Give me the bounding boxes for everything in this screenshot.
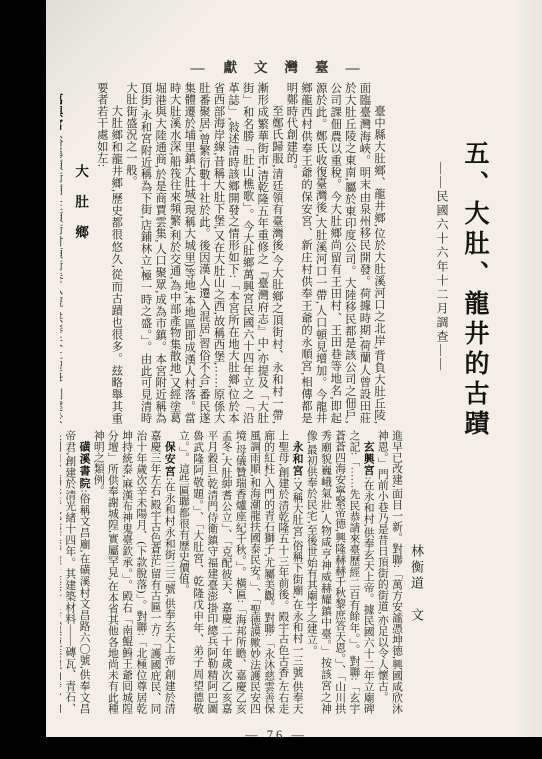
- temple-name-xuanxing: 玄興宮: [363, 441, 375, 476]
- author-illustrator-role: 圖: [404, 608, 405, 624]
- page-content: 臺中縣大肚鄉、龍井鄉,位於大肚溪河口之北岸,背負大肚丘陵,面臨臺灣海峽。明末由泉…: [60, 82, 492, 716]
- intro-paragraph-1: 臺中縣大肚鄉、龍井鄉,位於大肚溪河口之北岸,背負大肚丘陵,面臨臺灣海峽。明末由泉…: [284, 82, 386, 424]
- temple-entry-huangxi: 磺溪書院:俗稱文昌廟,在磺溪村文昌路六〇號,供奉文昌帝君,創建於清光緒十四年。其…: [60, 430, 92, 714]
- scan-background: { "colors": { "paper": "#f3efe8", "ink":…: [0, 0, 542, 759]
- temple-name-huangxi: 磺溪書院: [79, 441, 91, 489]
- intro-paragraph-2: 至鄭氏歸服,清廷領有臺灣後,今大肚鄉之頂街村、永和村一帶,漸形成繁華街市,清乾隆…: [123, 82, 284, 424]
- temple-name-wanxing: 萬興宮: [60, 93, 63, 131]
- section-heading-dadu: 大肚鄉: [73, 82, 88, 424]
- page-number: — 76 —: [60, 728, 492, 737]
- author-writer-name: 林衡道: [409, 544, 424, 592]
- temple-entry-wanxing: 萬興宮:俗稱頂街廟,在頂街村頂街巷八號,供奉天上聖母,創建於清乾隆元年。現存三落…: [60, 82, 64, 424]
- author-writer-role: 文: [409, 608, 424, 624]
- text-band-top: 臺中縣大肚鄉、龍井鄉,位於大肚溪河口之北岸,背負大肚丘陵,面臨臺灣海峽。明末由泉…: [60, 82, 386, 424]
- running-head: —臺灣文獻—: [60, 56, 492, 82]
- temple-entry-xuanxing: 玄興宮:在永和村,供奉玄天上帝。據民國六十二年立廟碑之記:「……先民恭請來臺歷經…: [305, 430, 376, 714]
- temple-entry-baoan: 保安宮:在永和村永和街三三號,供奉玄天上帝,創建於清嘉慶三年左右,殿宇古色蒼茫,…: [92, 430, 177, 714]
- author-illustrator: 高而恭 圖: [404, 544, 407, 716]
- temple-text-yonghe: :又稱大肚宮,俗稱下街廟,在永和村一三號,供奉天上聖母,創建於清乾隆五十三年前後…: [178, 430, 304, 714]
- scan-edge-bottom: [0, 737, 542, 759]
- text-band-bottom: 進早已改建,面目一新。對聯:「萬方安謐憑坤德,興國咸欣沐神恩。」門前小巷乃是昔日…: [60, 430, 404, 714]
- running-head-dash-left: —: [191, 61, 207, 76]
- author-credits: 林衡道 文 高而恭 圖: [404, 116, 426, 716]
- scan-edge-left: [0, 0, 46, 759]
- temple-entry-yonghe: 永和宮:又稱大肚宮,俗稱下街廟,在永和村一三號,供奉天上聖母,創建於清乾隆五十三…: [177, 430, 305, 714]
- temple-name-yonghe: 永和宮: [292, 441, 304, 477]
- title-strip: 五、大肚、龍井的古蹟 ——民國六十六年十二月調查—— 林衡道 文 高而恭 圖: [404, 82, 492, 716]
- temple-text-wanxing: :俗稱頂街廟,在頂街村頂街巷八號,供奉天上聖母,創建於清乾隆元年。現存三落起之殿…: [60, 82, 63, 424]
- temple-entry-wanxing-continuation: 進早已改建,面目一新。對聯:「萬方安謐憑坤德,興國咸欣沐神恩。」門前小巷乃是昔日…: [376, 430, 404, 714]
- article-subtitle: ——民國六十六年十二月調查——: [434, 116, 451, 716]
- journal-page: —臺灣文獻— 臺中縣大肚鄉、龍井鄉,位於大肚溪河口之北岸,背負大肚丘陵,面臨臺灣…: [46, 0, 542, 737]
- article-title: 五、大肚、龍井的古蹟: [456, 116, 492, 716]
- running-head-dash-right: —: [346, 61, 362, 76]
- author-illustrator-name: 高而恭: [404, 544, 405, 592]
- journal-title: 臺灣文獻: [224, 60, 346, 75]
- temple-name-baoan: 保安宮: [164, 441, 176, 477]
- intro-paragraph-3: 大肚鄉和龍井鄉,歷史都很悠久,從而古蹟也很多。玆略舉其重要者若干處如左:: [94, 82, 123, 424]
- article-body: 臺中縣大肚鄉、龍井鄉,位於大肚溪河口之北岸,背負大肚丘陵,面臨臺灣海峽。明末由泉…: [60, 82, 404, 716]
- author-writer: 林衡道 文: [407, 544, 426, 716]
